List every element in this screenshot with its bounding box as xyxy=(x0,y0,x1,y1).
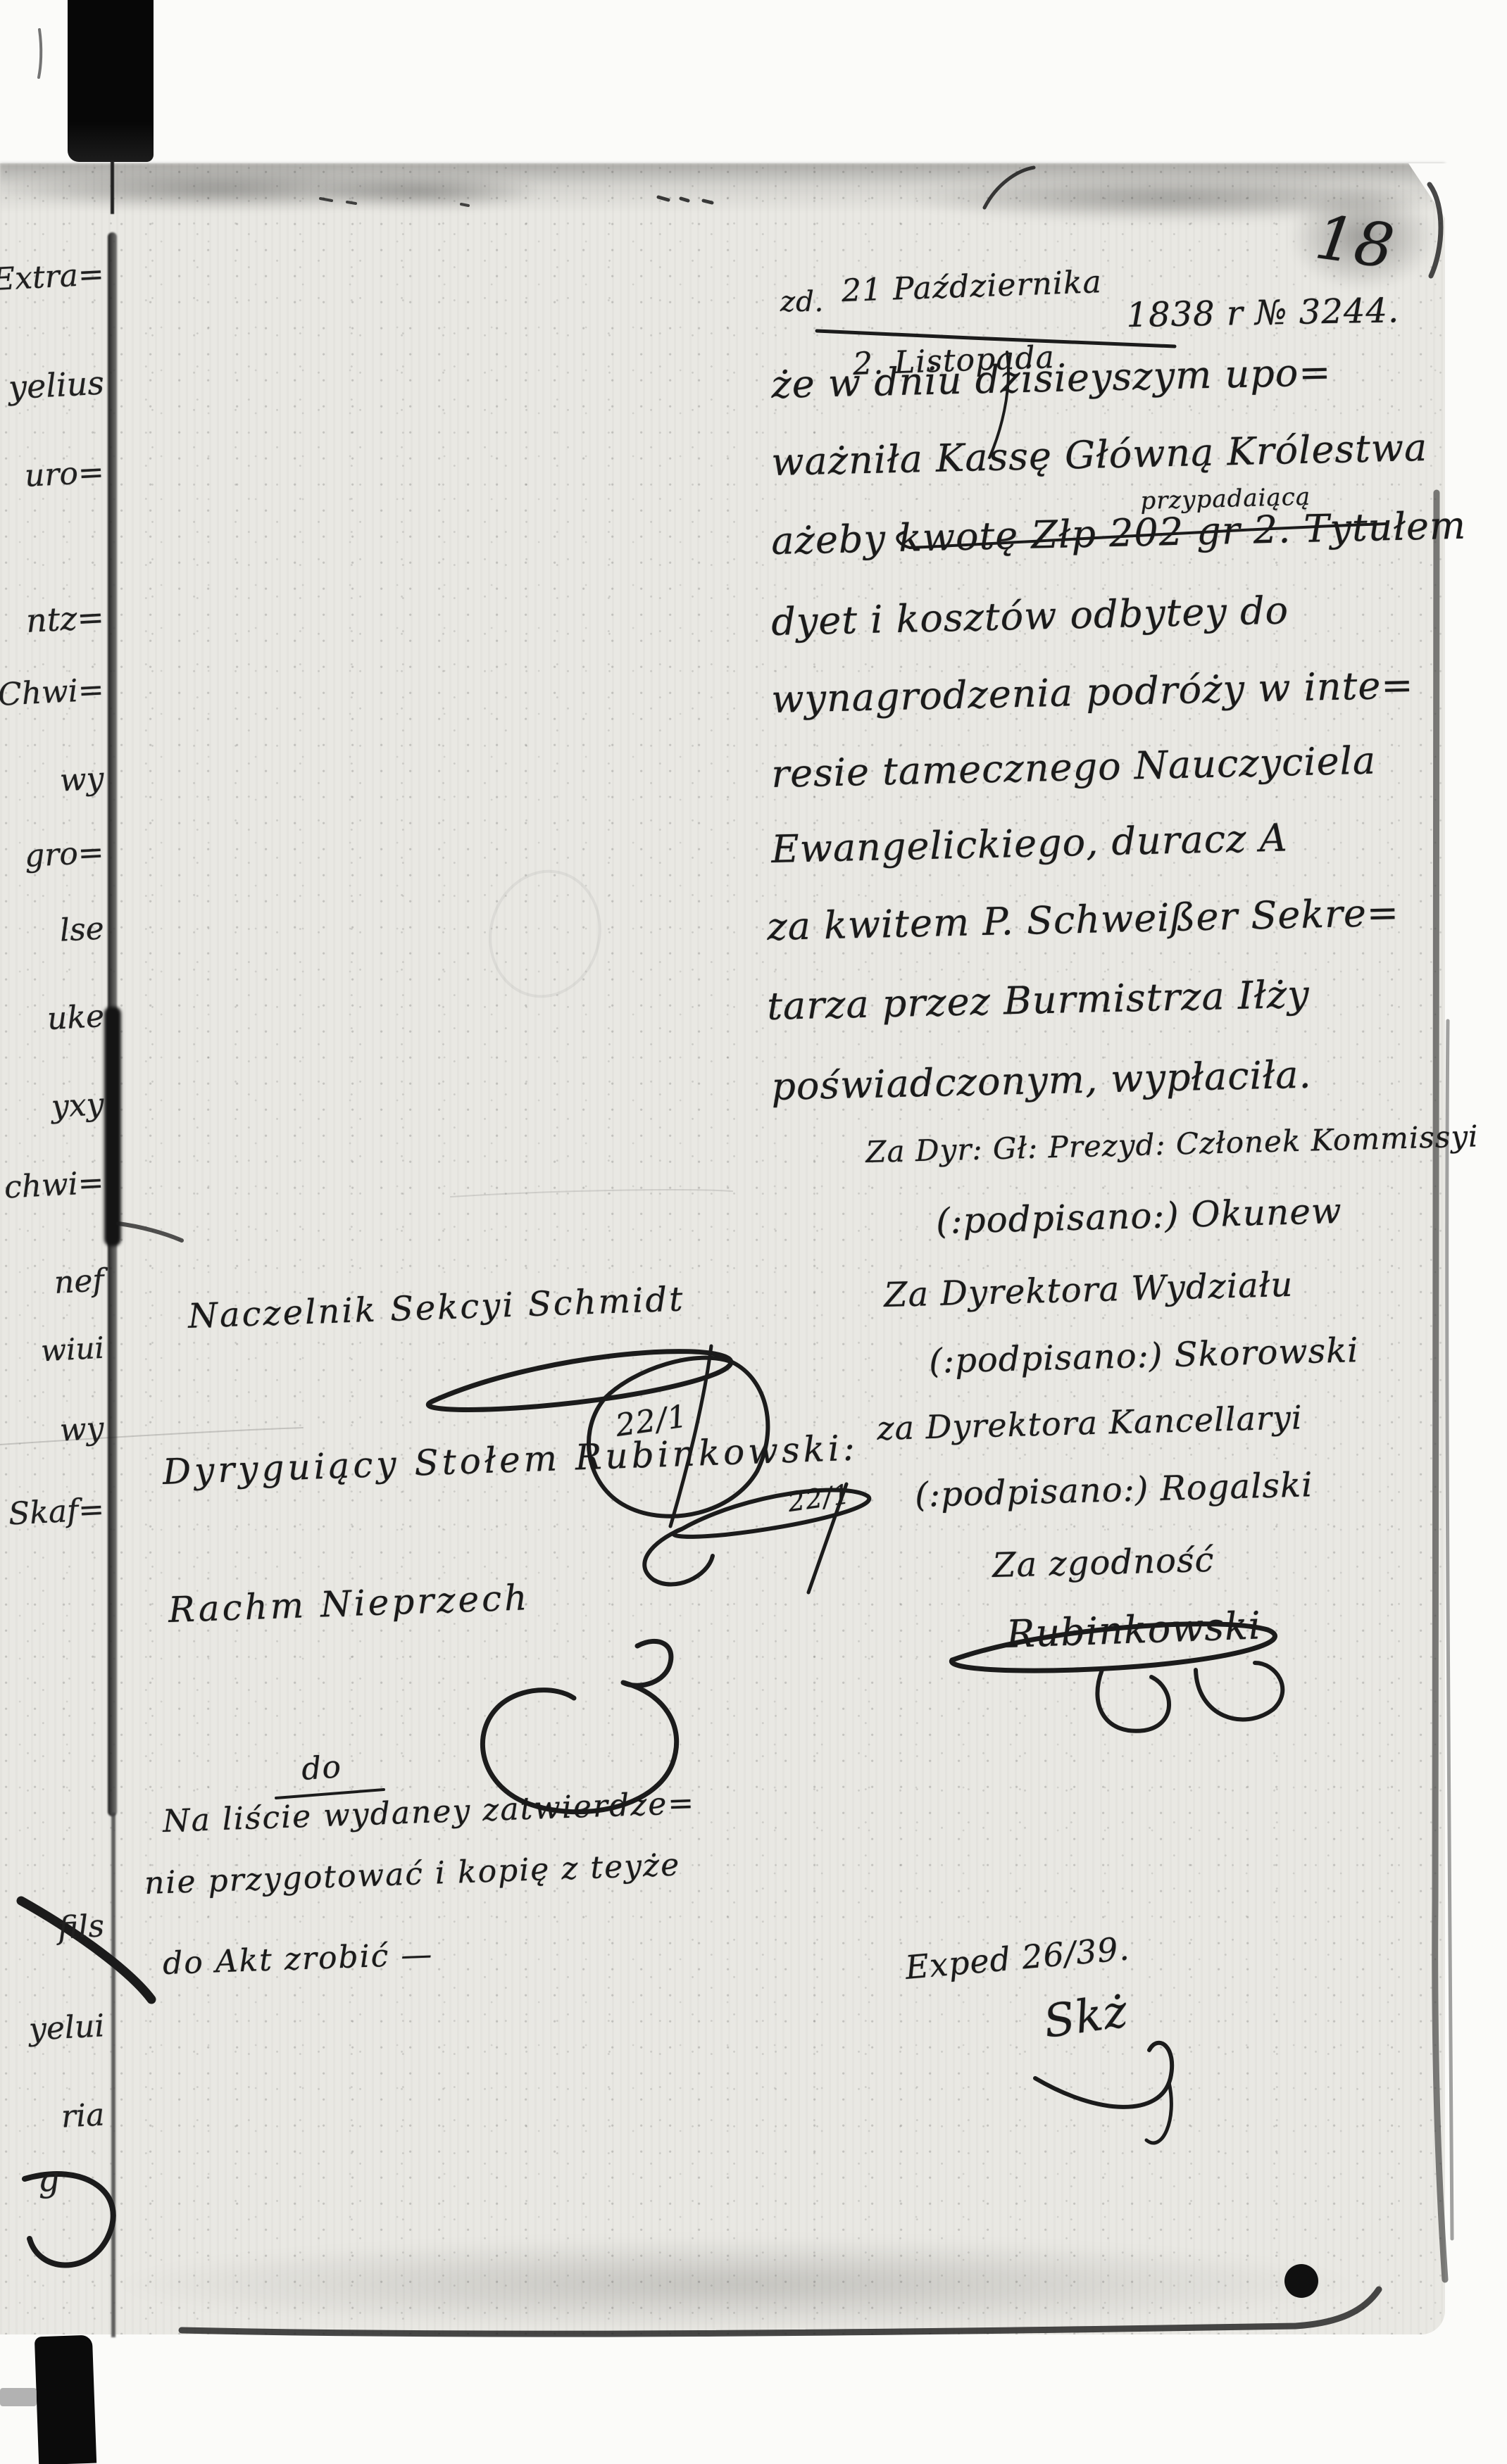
attestation-signature: Rubinkowski xyxy=(1006,1603,1262,1657)
margin-fragment: fils xyxy=(57,1908,106,1946)
do-mark: do xyxy=(300,1749,342,1787)
margin-fragment: wy xyxy=(59,760,105,798)
margin-fragment: Extra= xyxy=(0,256,105,298)
margin-fragment: uke xyxy=(46,998,106,1037)
page-right-edge xyxy=(1447,1021,1452,2239)
scanned-archive-page: { "page": { "number": "18" }, "heading":… xyxy=(0,0,1507,2464)
margin-fragment: yelui xyxy=(27,2008,105,2048)
margin-fragment: g xyxy=(37,2159,61,2200)
page-number: 18 xyxy=(1311,202,1399,283)
margin-fragment: nef xyxy=(54,1262,105,1301)
margin-fragment: yelius xyxy=(8,363,106,406)
margin-fragment: lse xyxy=(59,910,105,948)
date-prefix: zd. xyxy=(780,286,824,318)
binding-tape-top xyxy=(68,0,154,162)
edge-mark xyxy=(39,30,41,77)
attestation-line: Za zgodność xyxy=(992,1540,1215,1585)
margin-fragment: gro= xyxy=(24,834,105,874)
binding-tape-bottom xyxy=(35,2335,96,2464)
document-number: 1838 r № 3244. xyxy=(1126,291,1400,335)
margin-fragment: chwi= xyxy=(4,1164,105,1205)
edge-smudge xyxy=(120,2239,1352,2330)
binding-tape-drip xyxy=(111,161,114,214)
margin-fragment: wiui xyxy=(40,1331,105,1369)
margin-fragment: ntz= xyxy=(25,598,106,640)
margin-fragment: Skaf= xyxy=(8,1491,106,1532)
margin-fragment: yxy xyxy=(51,1086,105,1125)
binding-fold-lower xyxy=(111,1813,115,2337)
edge-smudge xyxy=(310,173,542,210)
edge-mark xyxy=(0,2388,37,2406)
margin-fragment: uro= xyxy=(24,454,105,494)
margin-fragment: wy xyxy=(59,1410,105,1448)
margin-fragment: ria xyxy=(60,2097,105,2135)
binding-fold-blotch xyxy=(104,1007,121,1246)
margin-fragment: Chwi= xyxy=(0,672,105,713)
